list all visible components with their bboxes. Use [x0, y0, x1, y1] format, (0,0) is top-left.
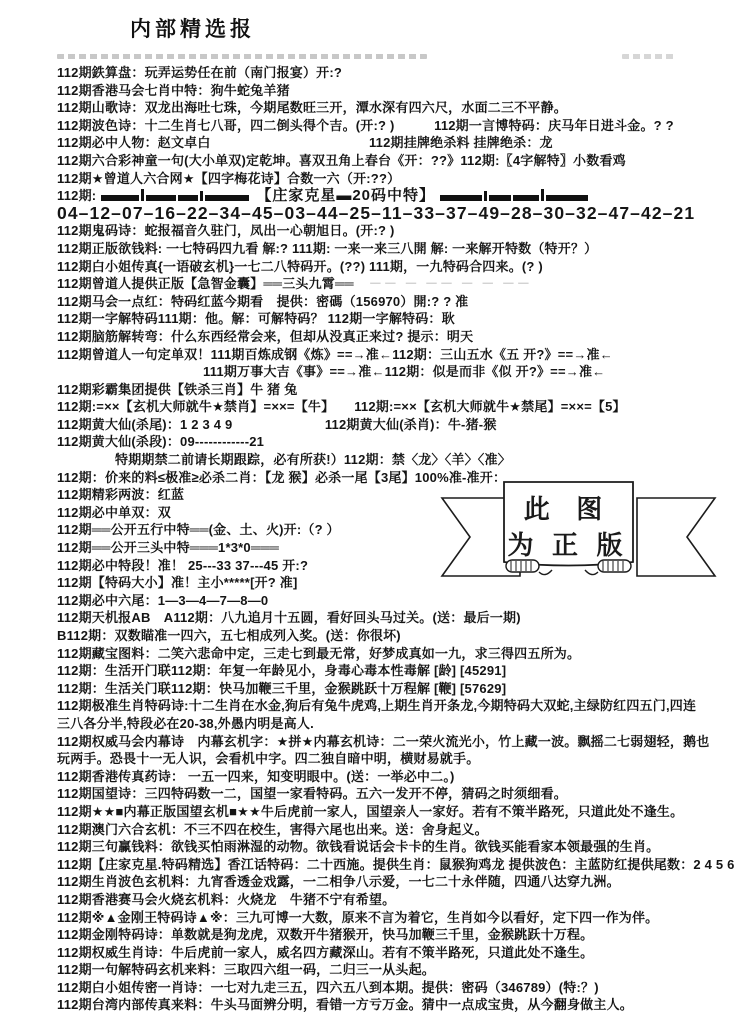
scanned-lottery-sheet: { "title": "内部精选报", "banker_line": { "pr…	[0, 0, 735, 1024]
doc-line: 112期权威马会内幕诗 内幕玄机字：★拼★内幕玄机诗：二一荣火流光小，竹上藏一波…	[57, 733, 735, 751]
doc-line: 112期澳门六合玄机：不三不四在校生，害得六尾也出来。送：舍身起义。	[57, 821, 735, 839]
doc-line: 112期香港马会七肖中特：狗牛蛇兔羊猪	[57, 82, 735, 100]
doc-line: 特期期禁二前请长期跟踪，必有所获!）112期：禁〈龙〉〈羊〉〈准〉	[57, 451, 735, 469]
doc-line: 111期万事大吉《事》==→准←112期：似是而非《似 开?》==→准←	[57, 363, 735, 381]
doc-line: 112期香港传真药诗： 一五一四来，知变明眼中。(送：一举必中二。)	[57, 768, 735, 786]
page-title: 内部精选报	[130, 13, 735, 43]
doc-line: 112期:=××【玄机大师就牛★禁肖】=××=【牛】 112期:=××【玄机大师…	[57, 398, 735, 416]
doc-line: 112期白小姐传密一肖诗：一七对九走三五，四六五八到本期。提供：密码（34678…	[57, 979, 735, 997]
doc-line: 112期六合彩神童一句(大小单双)定乾坤。喜双丑角上春台《开：??》112期:〖…	[57, 152, 735, 170]
doc-line: 112期生肖波色玄机料：九宵香透金戏露，一二相争八示爱，一七二十永伴随，四通八达…	[57, 873, 735, 891]
doc-line: 112期曾道人提供正版【急智金囊】══三头九霄══ －－ － －－ － － －－	[57, 275, 735, 293]
doc-line: 112期天机报AB A112期：八九追月十五圆，看好回头马过关。(送：最后一期)	[57, 609, 735, 627]
doc-line: 112期一字解特码111期：他。解：可解特码？ 112期一字解特码：耿	[57, 310, 735, 328]
doc-line: 112期鬼码诗：蛇报福音久驻门，凤出一心朝旭日。(开:? )	[57, 222, 735, 240]
authenticity-ribbon: 此 图 为 正 版	[440, 476, 717, 590]
clipped-text-fragment	[622, 54, 677, 59]
doc-line: 112期脑筋解转弯：什么东西经常会来，但却从没真正来过? 提示：明天	[57, 328, 735, 346]
text-block-top: 112期鉄算盘：玩弄运势任在前（南门报宴）开:?112期香港马会七肖中特：狗牛蛇…	[0, 64, 735, 187]
doc-line: 112期黄大仙(杀段)：09------------21	[57, 433, 735, 451]
doc-line: 112期国望诗：三四特码数一二，国望一家看特码。五六一发开不停，猜码之时须细看。	[57, 785, 735, 803]
doc-line: 112期：生活关门联112期：快马加鞭三千里，金猴跳跃十万程解 [鞭] [576…	[57, 680, 735, 698]
doc-line: 112期彩霸集团提供【铁杀三肖】牛 猪 兔	[57, 381, 735, 399]
doc-line: 112期山歌诗：双龙出海吐七珠，今期尾数旺三开，潭水深有四六尺，水面二三不平静。	[57, 99, 735, 117]
doc-line: 112期马会一点红：特码红蓝今期看 提供：密碼（156970）開:? ? 准	[57, 293, 735, 311]
doc-line: 04–12–07–16–22–34–45–03–44–25–11–33–37–4…	[57, 205, 735, 223]
doc-line: 112期曾道人一句定单双！111期百炼成钢《炼》==→准←112期：三山五水《五…	[57, 346, 735, 364]
doc-line: 112期★★■内幕正版国望玄机■★★牛后虎前一家人，国望亲人一家好。若有不策半路…	[57, 803, 735, 821]
black-bar-decoration	[101, 188, 251, 203]
doc-line: 112期极准生肖特码诗:十二生肖在水金,狗后有兔牛虎鸡,上期生肖开条龙,今期特码…	[57, 697, 735, 715]
doc-line: 112期香港赛马会火烧玄机料：火烧龙 牛猪不宁有希望。	[57, 891, 735, 909]
black-bar-decoration	[440, 188, 590, 203]
doc-line: B112期：双数瞄准一四六，五七相成列入奖。(送：你很坏)	[57, 627, 735, 645]
doc-line: 112期★曾道人六合网★【四字梅花诗】合数一六（开:??）	[57, 170, 735, 188]
doc-line: 112期一句解特码玄机来料：三取四六组一码，二归三一从头起。	[57, 961, 735, 979]
doc-line: 112期：生活开门联112期：年复一年龄见小，身毒心毒本性毒解 [龄] [452…	[57, 662, 735, 680]
doc-line: 112期必中人物：赵文卓白 112期挂牌绝杀料 挂牌绝杀：龙	[57, 134, 735, 152]
doc-line: 玩两手。恐畏十一无人识，会看机中字。四二独自暗中明，横财易就手。	[57, 750, 735, 768]
text-block-bottom: 04–12–07–16–22–34–45–03–44–25–11–33–37–4…	[0, 205, 735, 1014]
clipped-text-fragment	[57, 54, 427, 59]
doc-line: 112期权威生肖诗：牛后虎前一家人，威名四方藏深山。若有不策半路死，只道此处不逢…	[57, 944, 735, 962]
ribbon-text-line2: 为 正 版	[507, 531, 628, 560]
doc-line: 112期三句赢钱料：欲钱买怕雨淋湿的动物。欲钱看说话会卡卡的生肖。欲钱买能看家本…	[57, 838, 735, 856]
doc-line: 112期藏宝图料：二笑六悲命中定，三走七到最无常，好梦成真如一九，求三得四五所为…	[57, 645, 735, 663]
doc-line: 112期正版欲钱料: 一七特码四九看 解:? 111期: 一来一来三八開 解: …	[57, 240, 735, 258]
doc-line: 三八各分半,特段必在20-38,外愚内明是高人.	[57, 715, 735, 733]
doc-line: 112期※▲金刚王特码诗▲※：三九可博一大数，原来不言为着它，生肖如今以看好，定…	[57, 909, 735, 927]
doc-line: 112期黄大仙(杀尾)：1 2 3 4 9 112期黄大仙(杀肖)：牛-猪-猴	[57, 416, 735, 434]
doc-line: 112期台湾内部传真来料：牛头马面辨分明，看错一方亏万金。猜中一点成宝贵，从今翻…	[57, 996, 735, 1014]
doc-line: 112期鉄算盘：玩弄运势任在前（南门报宴）开:?	[57, 64, 735, 82]
ribbon-text-line1: 此 图	[524, 495, 613, 524]
doc-line: 112期【庄家克星.特码精选】香江话特码：二十西施。提供生肖：鼠猴狗鸡龙 提供波…	[57, 856, 735, 874]
doc-line: 112期波色诗：十二生肖七八哥，四二倒头得个吉。(开:? ) 112期一言博特码…	[57, 117, 735, 135]
doc-line: 112期金刚特码诗：单数就是狗龙虎，双数开牛猪猴开，快马加鞭三千里，金猴跳跃十万…	[57, 926, 735, 944]
clipped-top-line	[57, 52, 735, 61]
doc-line: 112期必中六尾：1—3—4—7—8—0	[57, 592, 735, 610]
doc-line: 112期白小姐传真{一语破玄机}一七二八特码开。(??) 111期，一九特码合四…	[57, 258, 735, 276]
ribbon-right-tail	[637, 498, 715, 576]
